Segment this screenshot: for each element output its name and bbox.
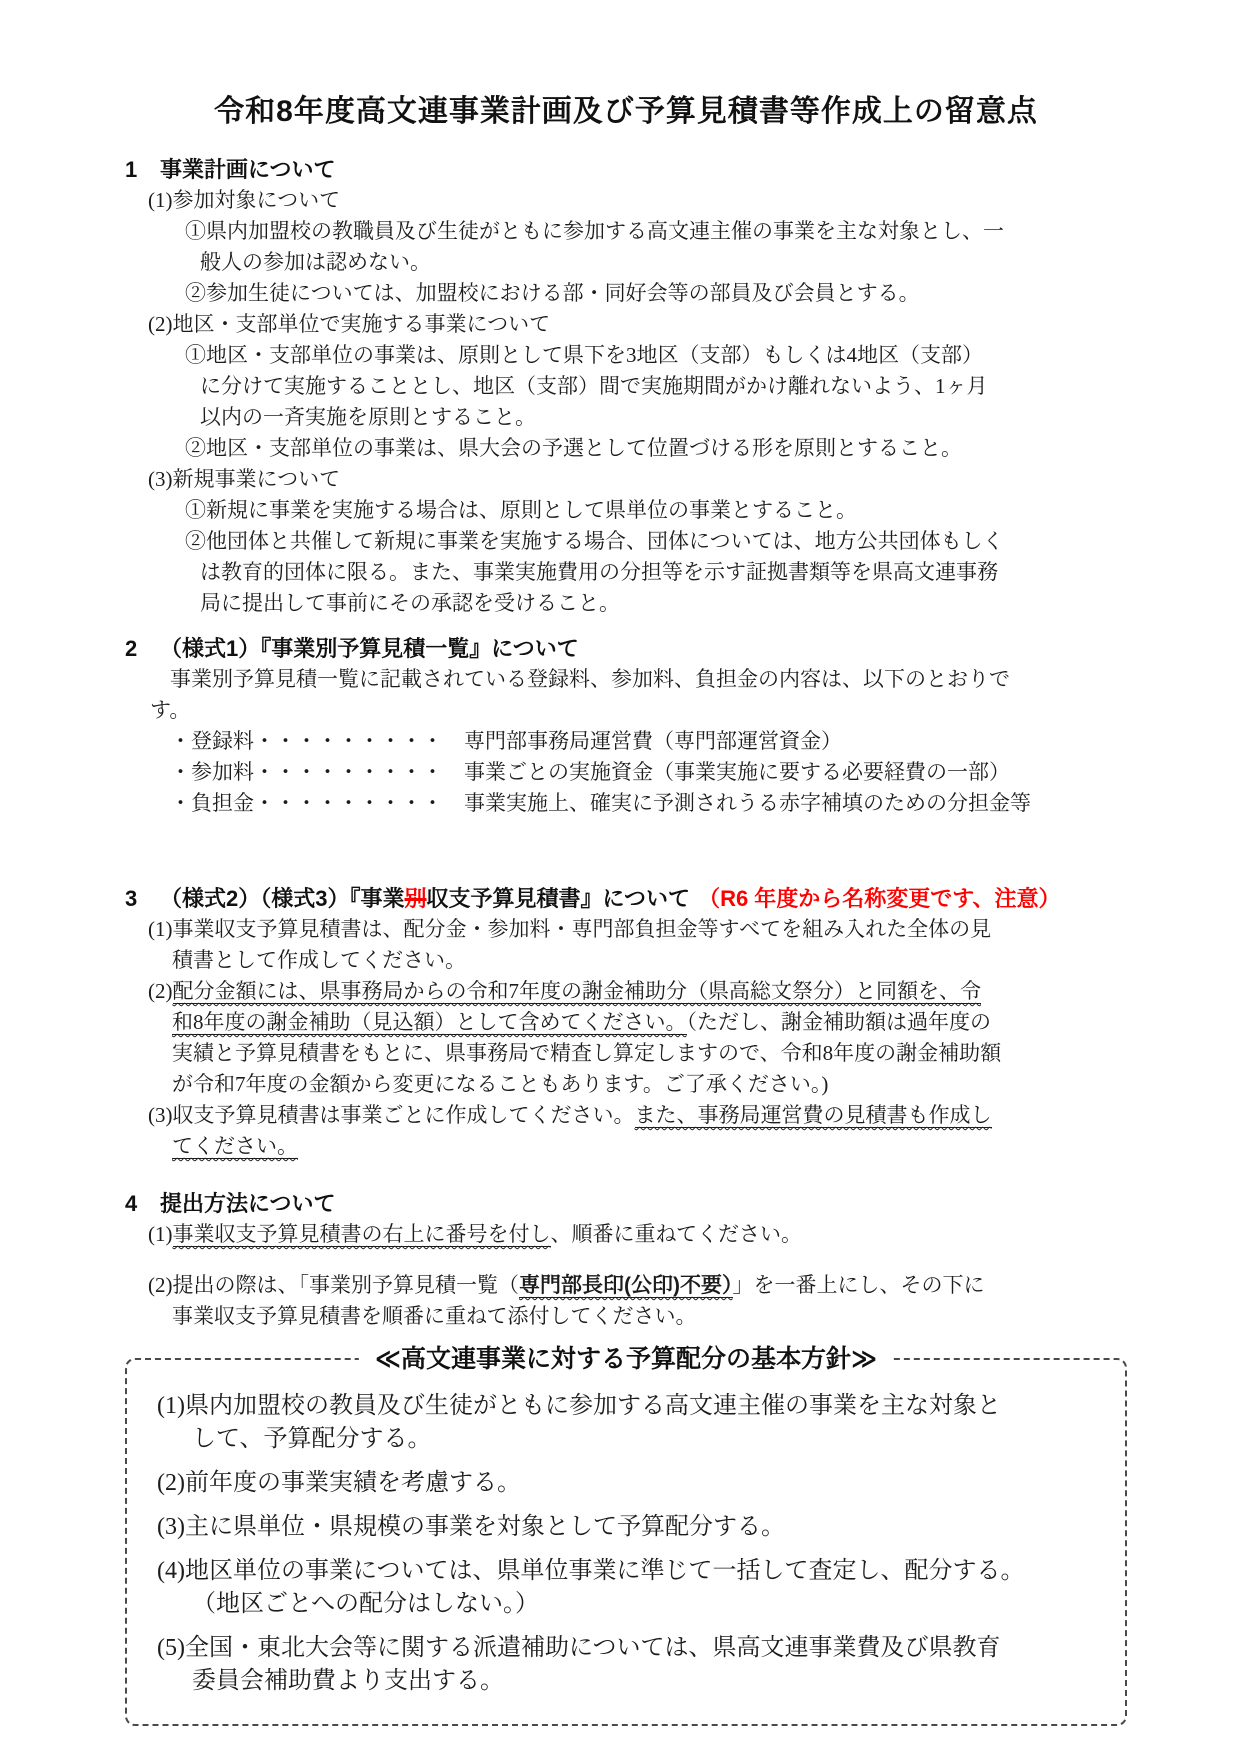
s1-item-3b: ②他団体と共催して新規に事業を実施する場合、団体については、地方公共団体もしく … [125,526,1127,619]
section-4: 4提出方法について (1)事業収支予算見積書の右上に番号を付し、順番に重ねてくだ… [125,1188,1127,1332]
s1-item-2: (2)地区・支部単位で実施する事業について [125,309,1127,340]
document-page: 令和8年度高文連事業計画及び予算見積書等作成上の留意点 1事業計画について (1… [125,90,1127,1726]
s1-item-3a: ①新規に事業を実施する場合は、原則として県単位の事業とすること。 [125,495,1127,526]
section-2: 2（様式1）『事業別予算見積一覧』について 事業別予算見積一覧に記載されている登… [125,633,1127,819]
s4-item-2-pre: 提出の際は、「事業別予算見積一覧（ [173,1273,520,1297]
s1-item-2a: ①地区・支部単位の事業は、原則として県下を3地区（支部）もしくは4地区（支部） … [125,340,1127,433]
s3-item-2-label: (2) [148,979,173,1003]
section-1-heading-label: 事業計画について [160,157,336,182]
section-3-heading-pre: （様式2）（様式3）『事業 [160,886,404,911]
section-4-heading: 4提出方法について [125,1188,1127,1219]
policy-box: ≪高文連事業に対する予算配分の基本方針≫ (1)県内加盟校の教員及び生徒がともに… [125,1358,1127,1726]
s4-item-2: (2)提出の際は、「事業別予算見積一覧（専門部長印(公印)不要）」を一番上にし、… [125,1270,1127,1332]
section-1-heading: 1事業計画について [125,154,1127,185]
section-1-number: 1 [125,154,160,185]
s3-item-3-label: (3) [148,1103,173,1127]
s1-item-1: (1)参加対象について [125,185,1127,216]
s4-item-1-label: (1) [148,1222,173,1246]
policy-item-5: (5)全国・東北大会等に関する派遣補助については、県高文連事業費及び県教育 委員… [157,1632,1099,1698]
page-title: 令和8年度高文連事業計画及び予算見積書等作成上の留意点 [125,90,1127,134]
s2-fee-item-registration: ・登録料・・・・・・・・・ 専門部事務局運営費（専門部運営資金） [125,726,1127,757]
section-3-heading-struck-char: 別 [404,886,426,911]
s2-fee-item-burden: ・負担金・・・・・・・・・ 事業実施上、確実に予測されうる赤字補填のための分担金… [125,788,1127,819]
s4-item-2-bold-underlined: 専門部長印(公印)不要） [519,1274,733,1298]
section-4-number: 4 [125,1188,160,1219]
section-3-heading: 3（様式2）（様式3）『事業別収支予算見積書』について（R6 年度から名称変更で… [125,883,1127,914]
section-4-heading-label: 提出方法について [160,1191,336,1216]
s3-item-3-plain: 収支予算見積書は事業ごとに作成してください。 [173,1103,635,1127]
section-2-heading-label: （様式1）『事業別予算見積一覧』について [160,636,579,661]
policy-box-title: ≪高文連事業に対する予算配分の基本方針≫ [359,1343,893,1375]
policy-item-3: (3)主に県単位・県規模の事業を対象として予算配分する。 [157,1511,1099,1544]
section-2-number: 2 [125,633,160,664]
spacer [125,1250,1127,1270]
s4-item-1-underlined: 事業収支予算見積書の右上に番号を付し [173,1222,551,1247]
section-1: 1事業計画について (1)参加対象について ①県内加盟校の教職員及び生徒がともに… [125,154,1127,619]
s4-item-2-pre-label: (2) [148,1273,173,1297]
section-3: 3（様式2）（様式3）『事業別収支予算見積書』について（R6 年度から名称変更で… [125,883,1127,1162]
s3-item-2: (2)配分金額には、県事務局からの令和7年度の謝金補助分（県高総文祭分）と同額を… [125,976,1127,1100]
s1-item-1a: ①県内加盟校の教職員及び生徒がともに参加する高文連主催の事業を主な対象とし、一 … [125,216,1127,278]
s4-item-1-rest: 、順番に重ねてください。 [551,1222,802,1246]
s2-intro: 事業別予算見積一覧に記載されている登録料、参加料、負担金の内容は、以下のとおりで… [125,664,1127,726]
s1-item-2b: ②地区・支部単位の事業は、県大会の予選として位置づける形を原則とすること。 [125,433,1127,464]
s4-item-1: (1)事業収支予算見積書の右上に番号を付し、順番に重ねてください。 [125,1219,1127,1250]
policy-item-4: (4)地区単位の事業については、県単位事業に準じて一括して査定し、配分する。 （… [157,1555,1099,1621]
section-3-number: 3 [125,883,160,914]
section-3-heading-post: 収支予算見積書』について [427,886,691,911]
policy-item-1: (1)県内加盟校の教員及び生徒がともに参加する高文連主催の事業を主な対象と して… [157,1390,1099,1456]
s1-item-3: (3)新規事業について [125,464,1127,495]
section-3-heading-red-note: （R6 年度から名称変更です、注意） [698,886,1060,911]
s1-item-1b: ②参加生徒については、加盟校における部・同好会等の部員及び会員とする。 [125,278,1127,309]
s3-item-1: (1)事業収支予算見積書は、配分金・参加料・専門部負担金等すべてを組み入れた全体… [125,914,1127,976]
section-2-heading: 2（様式1）『事業別予算見積一覧』について [125,633,1127,664]
policy-item-2: (2)前年度の事業実績を考慮する。 [157,1467,1099,1500]
s2-fee-item-participation: ・参加料・・・・・・・・・ 事業ごとの実施資金（事業実施に要する必要経費の一部） [125,757,1127,788]
s3-item-3: (3)収支予算見積書は事業ごとに作成してください。また、事務局運営費の見積書も作… [125,1100,1127,1162]
